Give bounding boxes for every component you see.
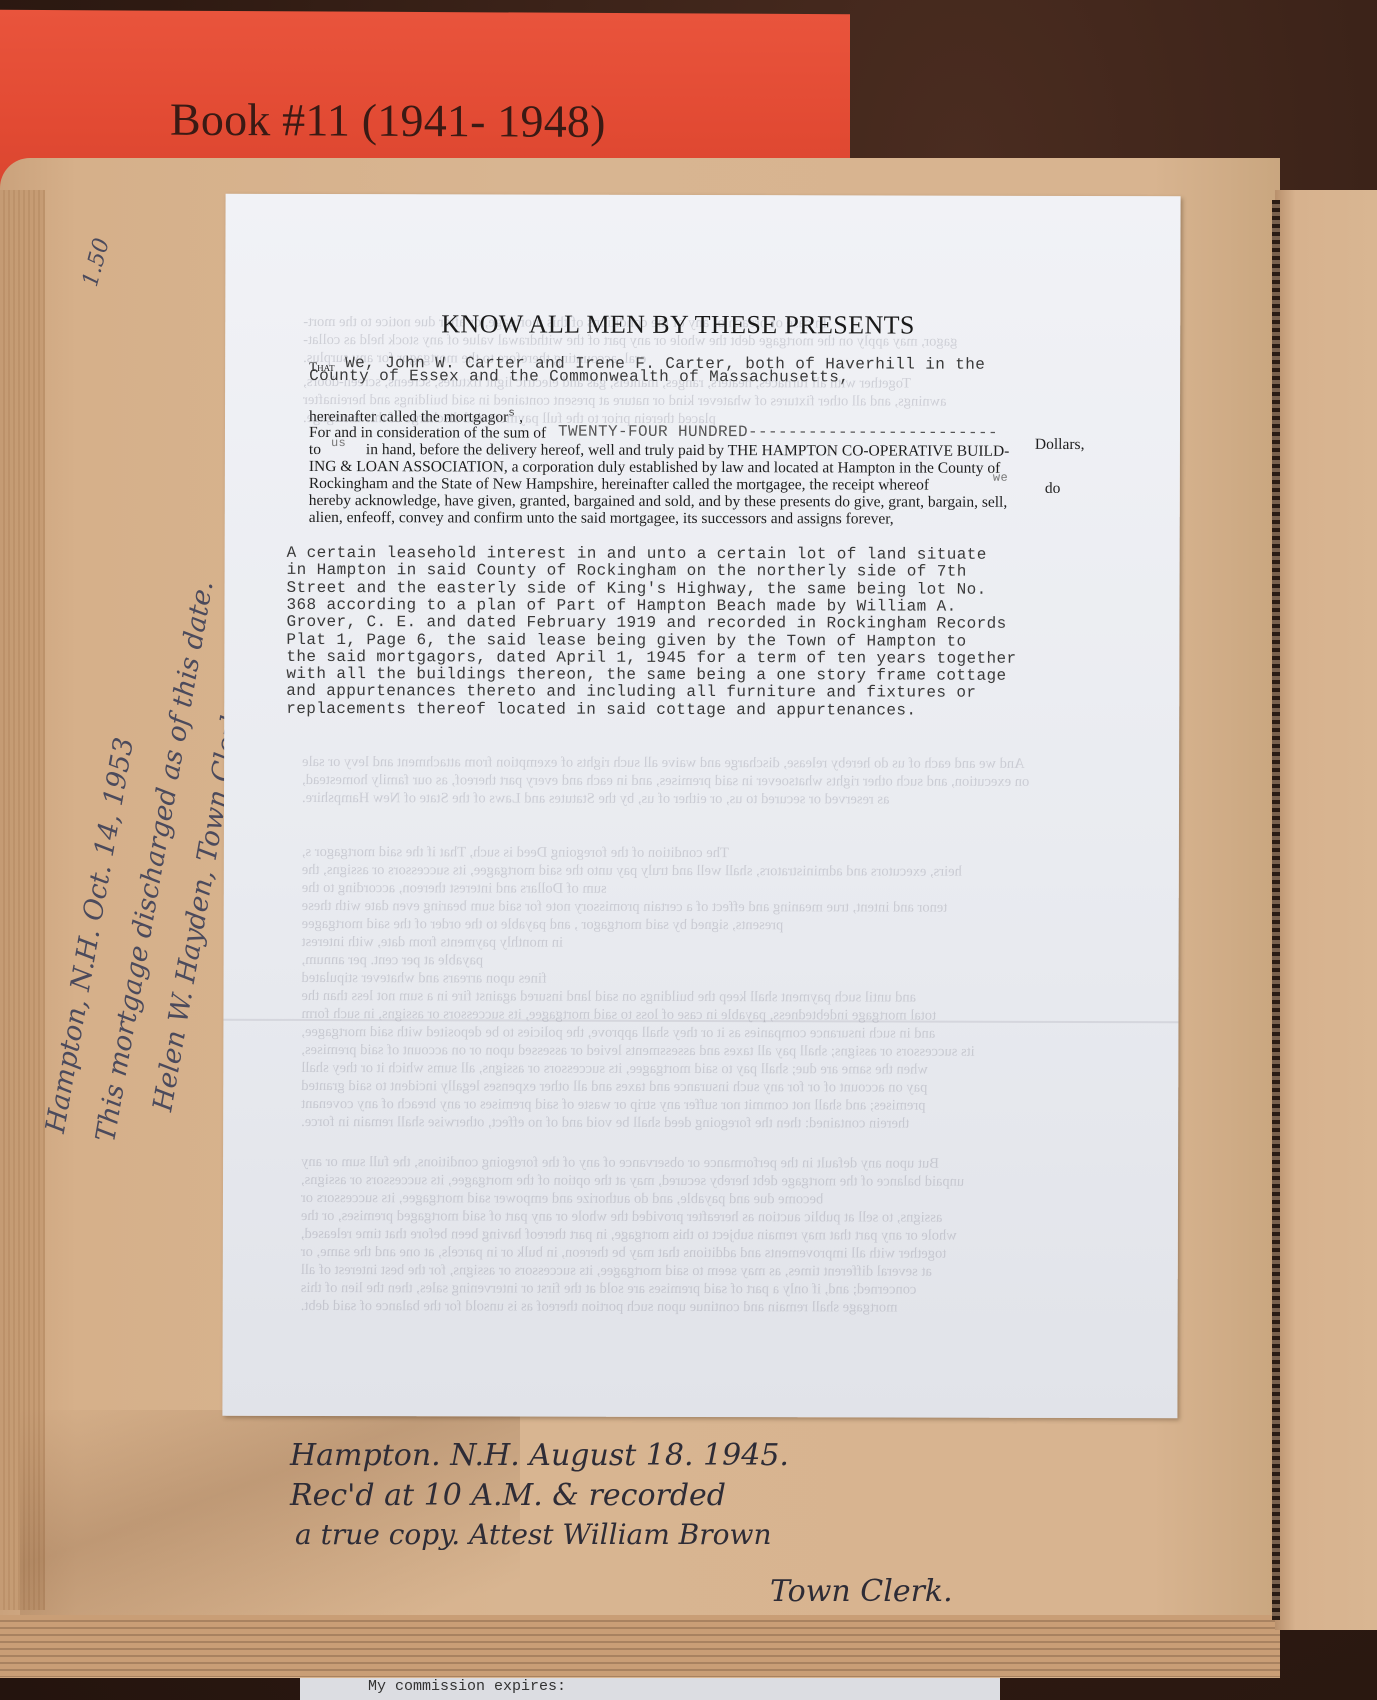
recording-line: Rec'd at 10 A.M. & recorded — [290, 1478, 726, 1513]
bleed-line: payable at per cent. per annum, — [302, 952, 484, 969]
bleed-line: in monthly payments from date, with inte… — [302, 934, 563, 952]
bleed-line: total mortgage indebtedness, payable in … — [301, 1006, 936, 1025]
bleed-line: But upon any default in the performance … — [301, 1154, 939, 1173]
underlying-page-strip: My commission expires: — [300, 1678, 1000, 1700]
mortgagor-text: hereinafter called the mortgagor — [309, 408, 508, 426]
ledger-right-page — [1275, 190, 1377, 1630]
paragraph-line: alien, enfeoff, convey and confirm unto … — [309, 509, 894, 529]
property-line: replacements thereof located in said cot… — [286, 700, 916, 720]
bleed-line: together with all improvements and addit… — [301, 1244, 947, 1263]
bleed-line: mortgage shall remain and continue upon … — [301, 1298, 898, 1317]
typed-we: we — [993, 471, 1008, 485]
ledger-binding — [1272, 200, 1280, 1620]
bleed-line: become due and payable, and do authorize… — [301, 1190, 823, 1208]
bleed-line: and until such payment shall keep the bu… — [301, 988, 916, 1007]
bleed-line: premises; and shall not commit nor suffe… — [301, 1096, 925, 1115]
bleed-line: when the same are due; shall pay to said… — [301, 1060, 928, 1079]
mortgage-document: In case of breach of any of the conditio… — [222, 194, 1180, 1418]
bleed-line: whole or any part that may remain subjec… — [301, 1226, 957, 1245]
bleed-line: sum of Dollars and interest thereon, acc… — [302, 880, 607, 898]
bleed-line: heirs, executors and administrators, sha… — [302, 862, 962, 881]
commission-text: My commission expires: — [368, 1678, 566, 1695]
recording-line: a true copy. Attest William Brown — [295, 1518, 772, 1551]
bleed-line: at several different times, as may seem … — [301, 1262, 932, 1281]
bleed-line: The condition of the foregoing Deed is s… — [302, 844, 729, 862]
bleed-line: pay on account of or for any such insura… — [301, 1078, 927, 1097]
bleed-line: therein contained: then the foregoing de… — [301, 1114, 909, 1133]
bleed-line: And we and each of us do hereby release,… — [302, 754, 1025, 773]
do-label: do — [1045, 480, 1061, 498]
mortgagor-plural: s — [508, 407, 515, 419]
bleed-line: concerned; and, if only a part of said p… — [301, 1280, 917, 1299]
ledger-page-edges — [0, 190, 45, 1610]
bleed-line: unpaid balance of the mortgage debt here… — [301, 1172, 964, 1191]
dollars-label: Dollars, — [1035, 436, 1085, 454]
bleed-line: tenor and intent, true meaning and effec… — [302, 898, 948, 917]
typed-us: us — [331, 436, 346, 450]
bleed-line: fines upon arrears and whatever stipulat… — [302, 970, 547, 988]
typed-parties-line-2: County of Essex and the Commonwealth of … — [309, 367, 849, 386]
bleed-line: as reserved or secured to us, or either … — [302, 790, 890, 809]
document-heading: KNOW ALL MEN BY THESE PRESENTS — [441, 309, 915, 340]
bleed-line: and in such insurance companies as it or… — [301, 1024, 935, 1043]
recording-line: Hampton. N.H. August 18. 1945. — [290, 1438, 789, 1473]
to-label: to — [309, 441, 321, 459]
recording-line: Town Clerk. — [770, 1574, 953, 1609]
ledger-bottom-edges — [0, 1615, 1280, 1677]
folder-title: Book #11 (1941- 1948) — [170, 93, 606, 148]
bleed-line: on execution, and such other rights what… — [302, 772, 1029, 791]
typed-sum: TWENTY-FOUR HUNDRED---------------------… — [558, 423, 998, 442]
bleed-line: its successors or assigns; shall pay all… — [301, 1042, 974, 1061]
bleed-line: assigns, to sell at public auction as he… — [301, 1208, 942, 1227]
bleed-line: presents, signed by said mortgagor , and… — [302, 916, 784, 934]
